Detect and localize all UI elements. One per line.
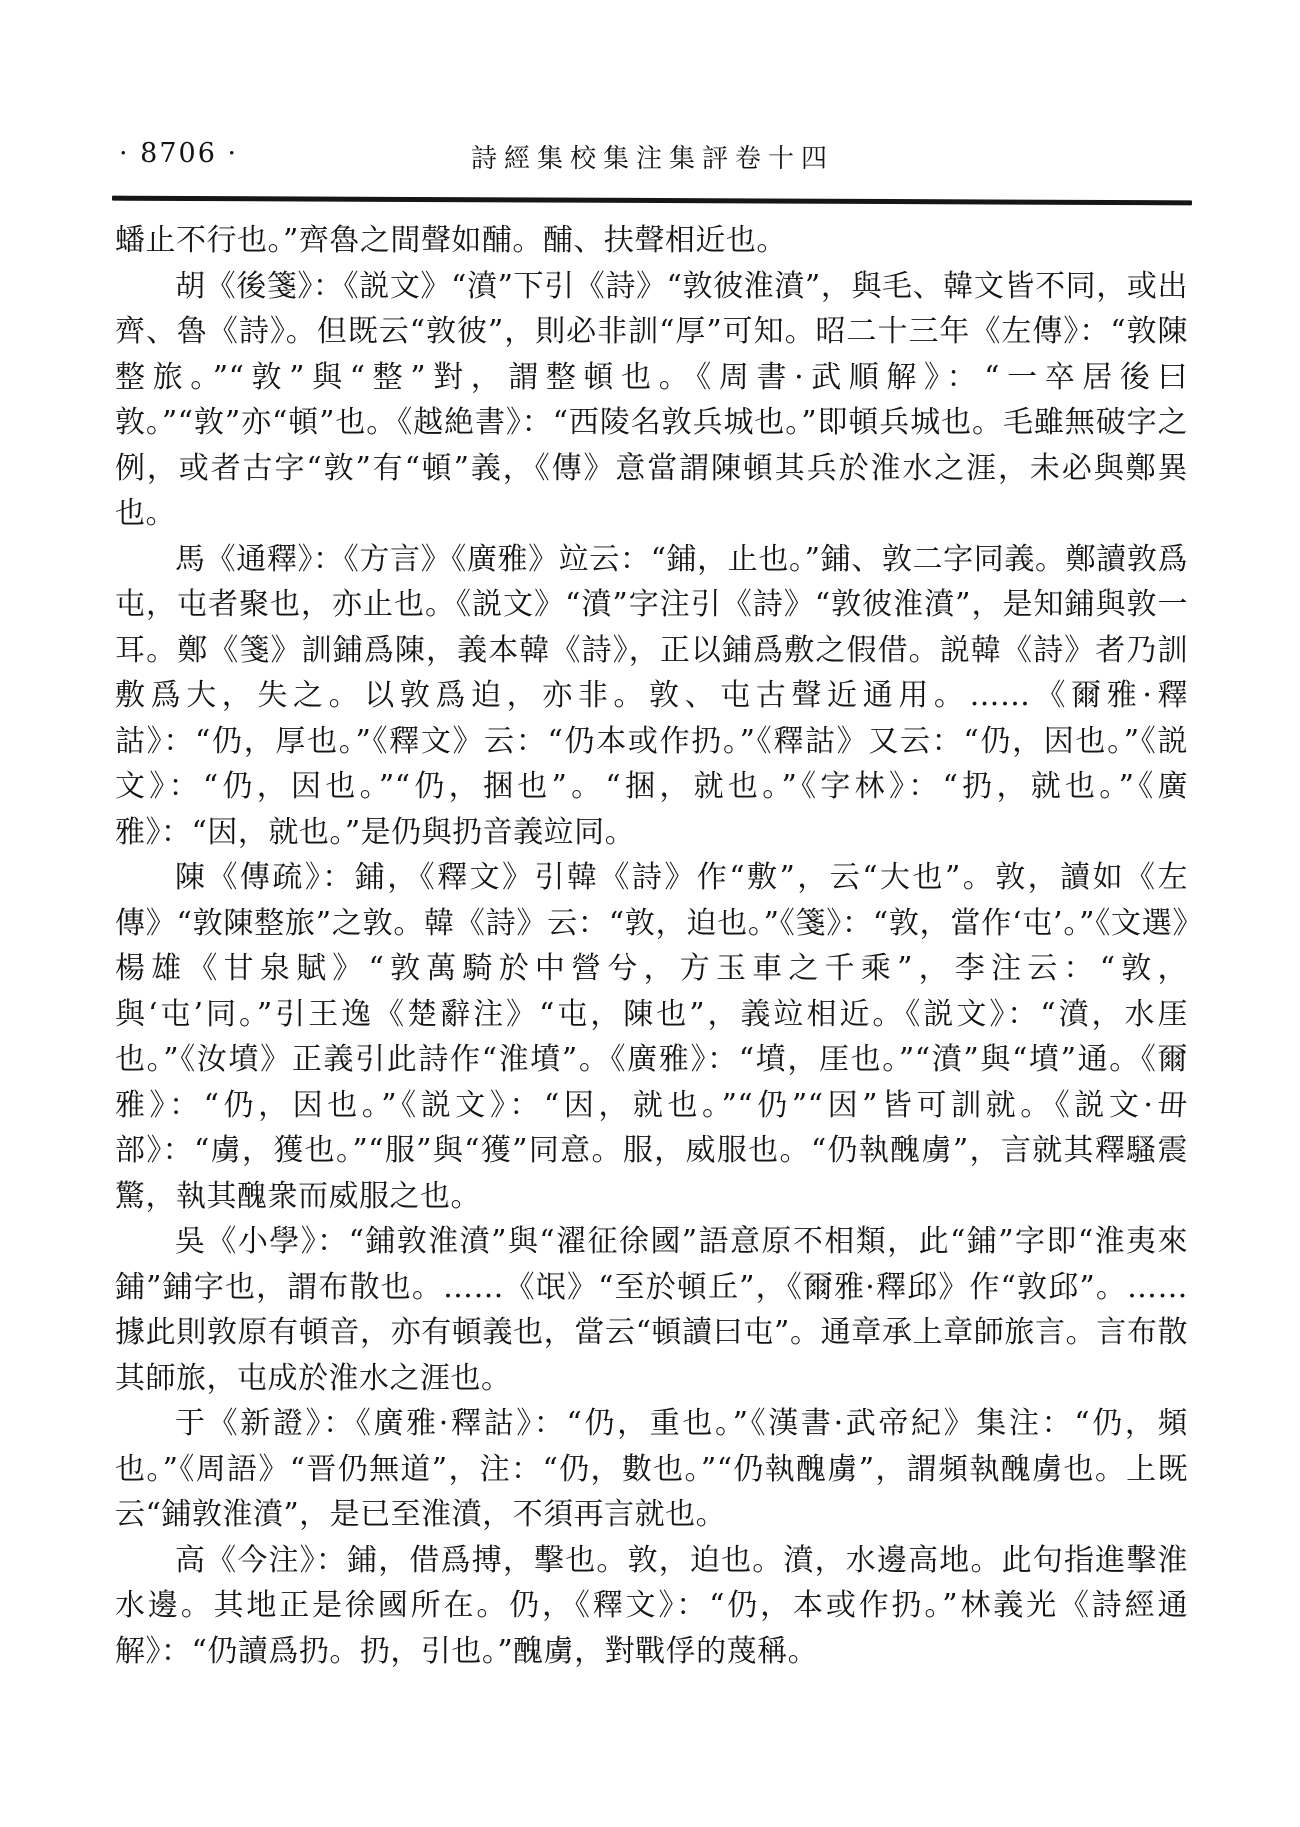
paragraph-wu-xiaoxue: 吳《小學》：“鋪敦淮濆”與“濯征徐國”語意原不相類，此“鋪”字即“淮夷來鋪”鋪字… <box>115 1219 1188 1401</box>
paragraph-hu-houjian: 胡《後箋》：《説文》“濆”下引《詩》“敦彼淮濆”，與毛、韓文皆不同，或出齊、魯《… <box>115 264 1188 537</box>
paragraph-chen-chuanshu: 陳《傳疏》：鋪，《釋文》引韓《詩》作“敷”，云“大也”。敦，讀如《左傳》“敦陳整… <box>115 855 1188 1219</box>
body-text: 蟠止不行也。”齊魯之間聲如酺。酺、扶聲相近也。 胡《後箋》：《説文》“濆”下引《… <box>115 218 1188 1674</box>
running-title: 詩經集校集注集評卷十四 <box>115 138 1190 175</box>
paragraph-gao-jinzhu: 高《今注》：鋪，借爲搏，擊也。敦，迫也。濆，水邊高地。此句指進擊淮水邊。其地正是… <box>115 1538 1188 1675</box>
header-divider-rule <box>112 196 1192 206</box>
page-header: · 8706 · 詩經集校集注集評卷十四 <box>115 138 1190 180</box>
paragraph-ma-tongshi: 馬《通釋》：《方言》《廣雅》竝云：“鋪，止也。”鋪、敦二字同義。鄭讀敦爲屯，屯者… <box>115 537 1188 856</box>
paragraph-yu-xinzheng: 于《新證》：《廣雅·釋詁》：“仍，重也。”《漢書·武帝紀》集注：“仍，頻也。”《… <box>115 1401 1188 1538</box>
paragraph-continuation: 蟠止不行也。”齊魯之間聲如酺。酺、扶聲相近也。 <box>115 218 1188 264</box>
scanned-book-page: · 8706 · 詩經集校集注集評卷十四 蟠止不行也。”齊魯之間聲如酺。酺、扶聲… <box>0 0 1300 1827</box>
